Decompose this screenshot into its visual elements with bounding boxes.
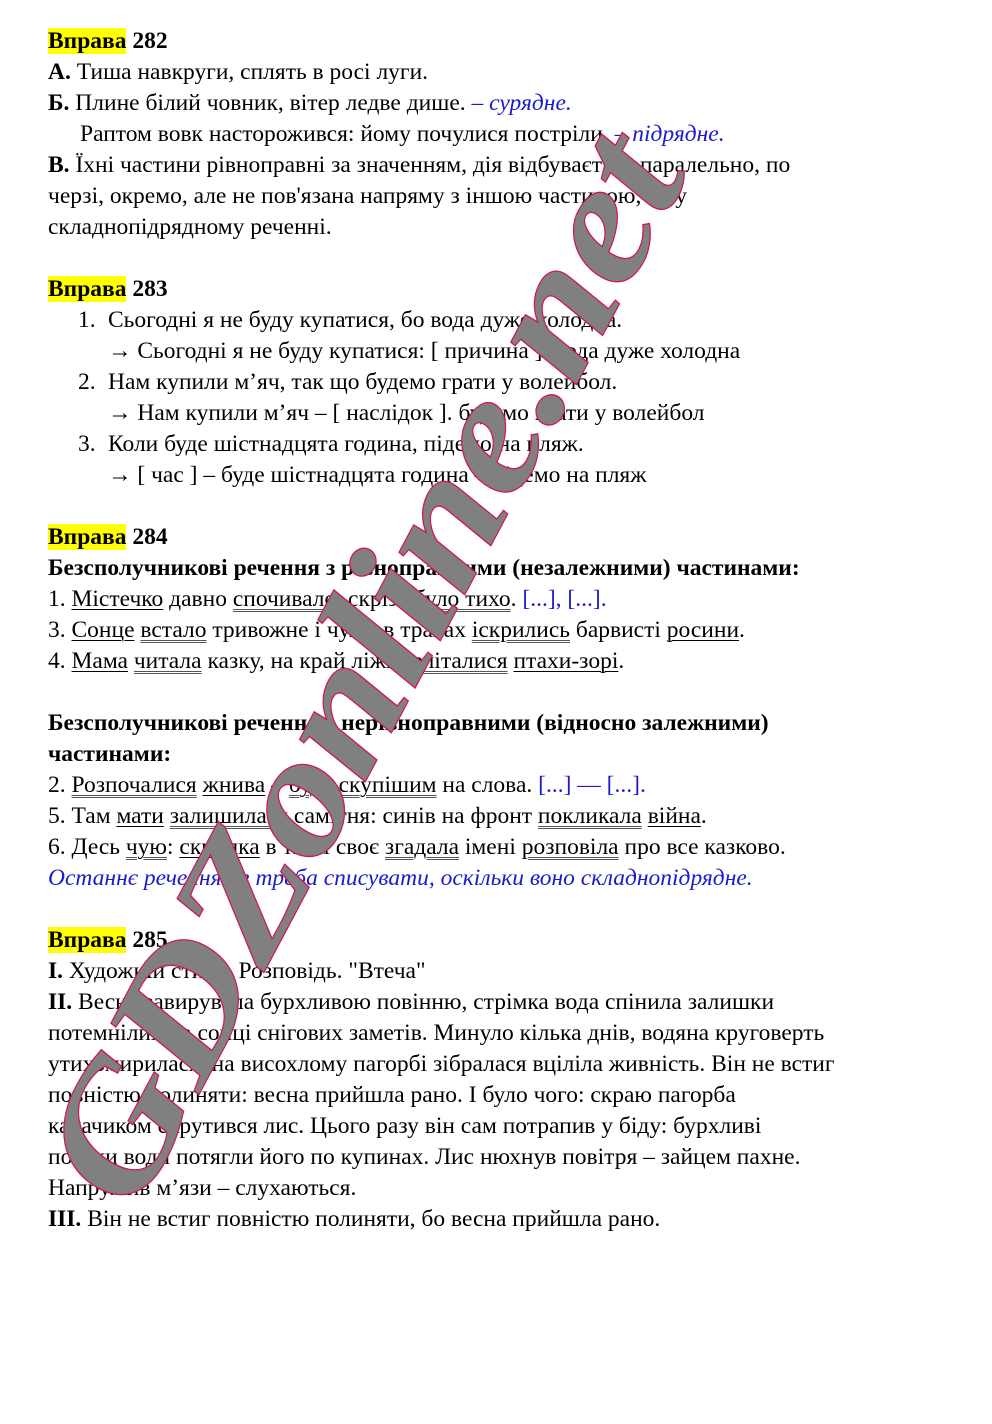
sentence-line: 2. Розпочалися жнива – будь скупішим на … (48, 770, 958, 801)
predicate-word: злітали (413, 648, 486, 674)
list-item: 1.Сьогодні я не буду купатися, бо вода д… (48, 305, 958, 336)
paragraph-text: потемнілих на сонці снігових заметів. Ми… (48, 1020, 824, 1046)
predicate-word: ся (486, 648, 507, 674)
exercise-282-heading: Вправа 282 (48, 26, 958, 57)
text-segment: в тиші своє (260, 834, 385, 860)
ex284-group-independent: 1. Містечко давно спочивало, скрізь було… (48, 584, 958, 677)
text-segment: . (739, 617, 745, 643)
exercise-284-heading: Вправа 284 (48, 522, 958, 553)
ex282-answer-v: В. Їхні частини рівноправні за значенням… (48, 150, 958, 181)
predicate-word: іскрились (472, 617, 570, 643)
subject-word: птахи-зорі (513, 648, 618, 674)
ex282-answer-b: Б. Плине білий човник, вітер ледве дише.… (48, 88, 958, 119)
ex285-part-i: І. Художній стиль. Розповідь. "Втеча" (48, 956, 958, 987)
subject-word: росини (667, 617, 739, 643)
predicate-word: встало (140, 617, 206, 643)
sentence-line: 4. Мама читала казку, на край ліжка зліт… (48, 646, 958, 677)
marker: І. (48, 958, 63, 984)
text-segment: казку, на край ліжка (202, 648, 414, 674)
paragraph-text: повністю полиняти: весна прийшла рано. І… (48, 1082, 736, 1108)
marker: Б. (48, 90, 69, 116)
predicate-word: спочивало (233, 586, 336, 612)
list-item: 3.Коли буде шістнадцята година, підемо н… (48, 429, 958, 460)
answer-text: Плине білий човник, вітер ледве дише. (75, 90, 465, 116)
ex282-answer-b2: Раптом вовк насторожився: йому почулися … (48, 119, 958, 150)
paragraph-text: Весна завирувала бурхливою повінню, стрі… (78, 989, 774, 1015)
text-segment: , скрізь (336, 586, 414, 612)
paragraph-text: Напружив м’язи – слухаються. (48, 1175, 356, 1201)
marker: ІІІ. (48, 1206, 81, 1232)
text-segment: 5. Там (48, 803, 116, 829)
item-text: Коли буде шістнадцята година, підемо на … (108, 431, 584, 457)
sentence-type-note: – сурядне. (472, 90, 572, 116)
paragraph-line: калачиком скрутився лис. Цього разу він … (48, 1111, 958, 1142)
subject-word: війна (648, 803, 701, 829)
subject-word: жнива (203, 772, 266, 798)
exercise-number: 284 (132, 524, 167, 550)
ex283-list: 1.Сьогодні я не буду купатися, бо вода д… (48, 305, 958, 491)
answer-text: Тиша навкруги, сплять в росі луги. (77, 59, 428, 85)
paragraph-text: утихомирилася, на висохлому пагорбі зібр… (48, 1051, 835, 1077)
paragraph-line: утихомирилася, на висохлому пагорбі зібр… (48, 1049, 958, 1080)
text-segment: – (265, 772, 289, 798)
exercise-label: Вправа (48, 927, 126, 953)
ex282-answer-a: А. Тиша навкруги, сплять в росі луги. (48, 57, 958, 88)
sentence-line: 6. Десь чую: скрипка в тиші своє згадала… (48, 832, 958, 863)
ex284-subheading-dependent-line2: частинами: (48, 739, 958, 770)
subject-word: Мама (72, 648, 128, 674)
sentence-scheme: [...] — [...]. (538, 772, 646, 798)
transformed-sentence: → Нам купили м’яч – [ наслідок ]. будемо… (48, 398, 958, 429)
item-text: Нам купили м’яч, так що будемо грати у в… (108, 369, 617, 395)
predicate-word: розповіла (522, 834, 619, 860)
ex284-note: Останнє речення не треба списувати, оскі… (48, 863, 958, 894)
subject-word: мати (116, 803, 163, 829)
answer-text: Раптом вовк насторожився: йому почулися … (80, 121, 609, 147)
exercise-label: Вправа (48, 276, 126, 302)
text-segment: барвисті (570, 617, 667, 643)
transformed-sentence: → Сьогодні я не буду купатися: [ причина… (48, 336, 958, 367)
exercise-label: Вправа (48, 28, 126, 54)
paragraph-text: потоки води потягли його по купинах. Лис… (48, 1144, 800, 1170)
subject-word: скрипка (179, 834, 259, 860)
text-segment: : (167, 834, 179, 860)
ex282-answer-v-line3: складнопідрядному реченні. (48, 212, 958, 243)
text-segment: . (618, 648, 624, 674)
exercise-number: 283 (132, 276, 167, 302)
marker: А. (48, 59, 71, 85)
item-number: 3. (78, 429, 108, 460)
text-segment: імені (459, 834, 522, 860)
text-segment: 4. (48, 648, 72, 674)
answer-text: Він не встиг повністю полиняти, бо весна… (87, 1206, 660, 1232)
sentence-line: 1. Містечко давно спочивало, скрізь було… (48, 584, 958, 615)
ex284-group-dependent: 2. Розпочалися жнива – будь скупішим на … (48, 770, 958, 863)
predicate-word: згадала (385, 834, 459, 860)
subject-word: Містечко (72, 586, 164, 612)
item-text: Сьогодні я не буду купатися, бо вода дуж… (108, 307, 622, 333)
sentence-line: 5. Там мати залишилася самітня: синів на… (48, 801, 958, 832)
paragraph-line: ІІ. Весна завирувала бурхливою повінню, … (48, 987, 958, 1018)
paragraph-line: повністю полиняти: весна прийшла рано. І… (48, 1080, 958, 1111)
text-segment: самітня: синів на фронт (288, 803, 538, 829)
sentence-type-note: – підрядне. (615, 121, 725, 147)
predicate-word: будь скупішим (289, 772, 437, 798)
answer-text: Художній стиль. Розповідь. "Втеча" (69, 958, 426, 984)
predicate-word: було тихо (414, 586, 511, 612)
text-segment: 2. (48, 772, 72, 798)
document-page: Вправа 282 А. Тиша навкруги, сплять в ро… (48, 26, 958, 1235)
ex282-answer-v-line2: черзі, окремо, але не пов'язана напряму … (48, 181, 958, 212)
text-segment: давно (163, 586, 233, 612)
text-segment: 1. (48, 586, 72, 612)
predicate-word: читала (134, 648, 202, 674)
exercise-285-heading: Вправа 285 (48, 925, 958, 956)
list-item: 2.Нам купили м’яч, так що будемо грати у… (48, 367, 958, 398)
text-segment: про все казково. (619, 834, 786, 860)
text-segment: 3. (48, 617, 72, 643)
text-segment: 6. Десь (48, 834, 126, 860)
predicate-word: покликала (538, 803, 642, 829)
text-segment: . (511, 586, 523, 612)
paragraph-line: Напружив м’язи – слухаються. (48, 1173, 958, 1204)
predicate-word: чую (126, 834, 167, 860)
sentence-line: 3. Сонце встало тривожне і чуле, в трава… (48, 615, 958, 646)
sentence-scheme: [...], [...]. (522, 586, 606, 612)
item-number: 2. (78, 367, 108, 398)
text-segment: . (701, 803, 707, 829)
ex285-part-iii: ІІІ. Він не встиг повністю полиняти, бо … (48, 1204, 958, 1235)
exercise-label: Вправа (48, 524, 126, 550)
ex285-part-ii: ІІ. Весна завирувала бурхливою повінню, … (48, 987, 958, 1204)
paragraph-text: калачиком скрутився лис. Цього разу він … (48, 1113, 761, 1139)
text-segment: на слова. (437, 772, 539, 798)
ex284-subheading-independent: Безсполучникові речення з рівноправними … (48, 553, 958, 584)
ex284-subheading-dependent: Безсполучникові речення з нерівноправним… (48, 708, 958, 739)
marker: В. (48, 152, 70, 178)
transformed-sentence: → [ час ] – буде шістнадцята година – пі… (48, 460, 958, 491)
exercise-number: 285 (132, 927, 167, 953)
marker: ІІ. (48, 989, 72, 1015)
paragraph-line: потемнілих на сонці снігових заметів. Ми… (48, 1018, 958, 1049)
text-segment: тривожне і чуле, в травах (206, 617, 471, 643)
answer-text: Їхні частини рівноправні за значенням, д… (75, 152, 790, 178)
exercise-number: 282 (132, 28, 167, 54)
subject-word: Сонце (72, 617, 135, 643)
exercise-283-heading: Вправа 283 (48, 274, 958, 305)
predicate-word: залишилася (170, 803, 288, 829)
paragraph-line: потоки води потягли його по купинах. Лис… (48, 1142, 958, 1173)
item-number: 1. (78, 305, 108, 336)
predicate-word: Розпочалися (72, 772, 197, 798)
